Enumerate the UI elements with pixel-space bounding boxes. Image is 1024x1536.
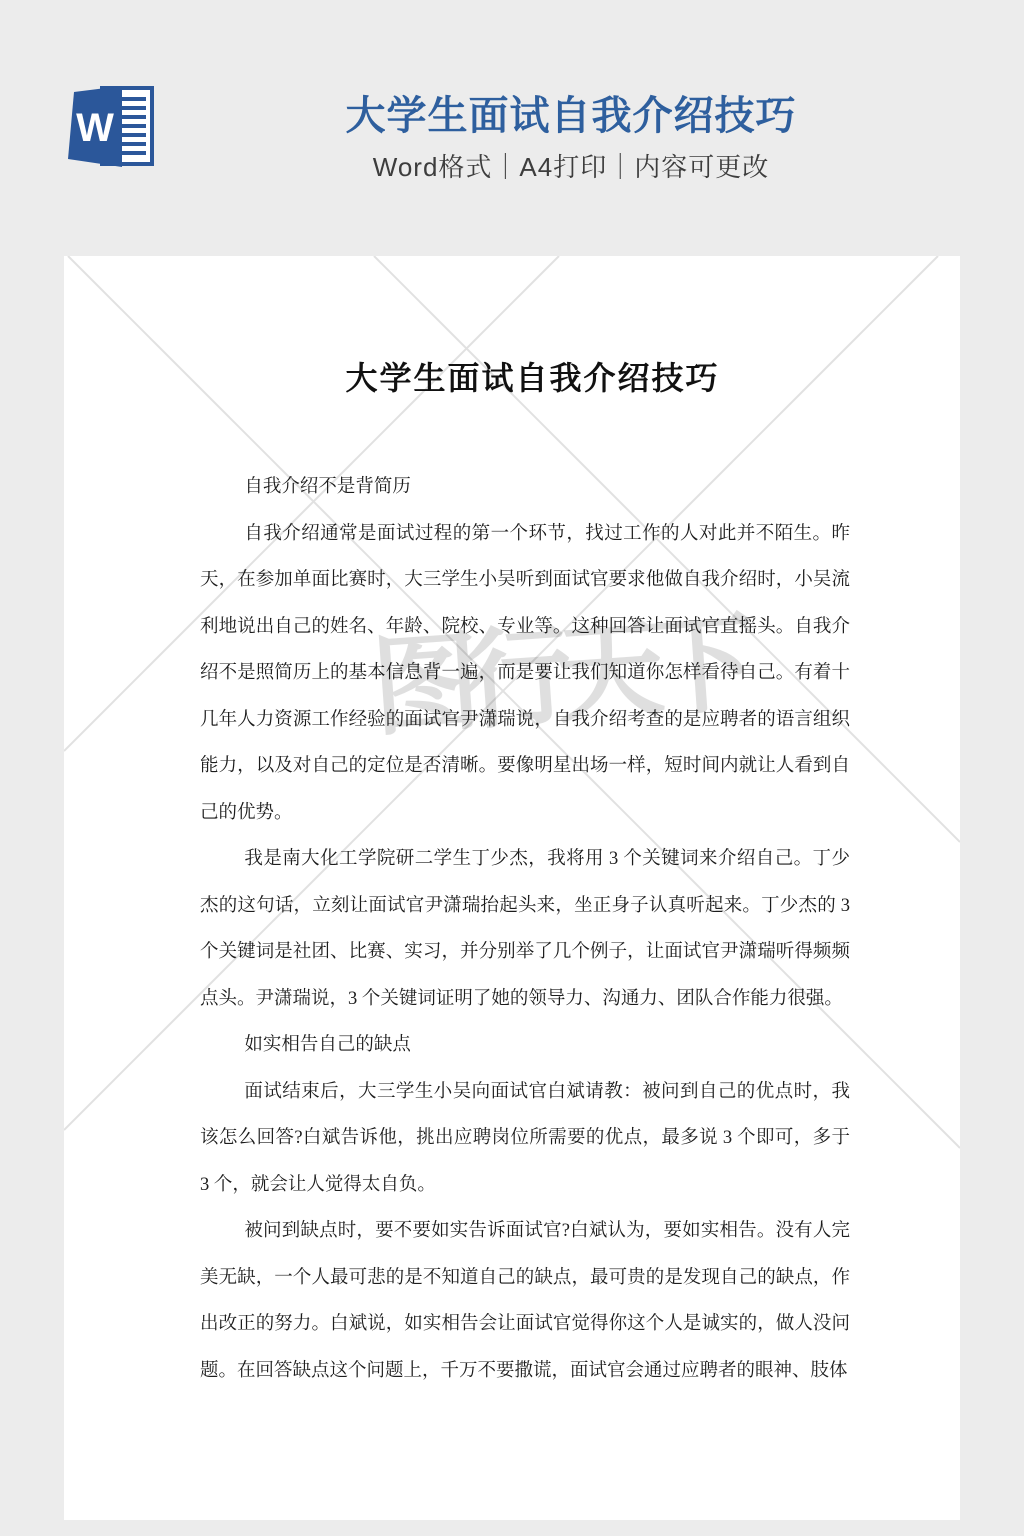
doc-subheading: 自我介绍不是背简历	[200, 464, 850, 511]
header-subtitle: Word格式｜A4打印｜内容可更改	[118, 150, 1024, 184]
header-text: 大学生面试自我介绍技巧 Word格式｜A4打印｜内容可更改	[0, 92, 1024, 184]
doc-paragraph: 自我介绍通常是面试过程的第一个环节，找过工作的人对此并不陌生。昨天，在参加单面比…	[200, 511, 850, 837]
document-body: 自我介绍不是背简历自我介绍通常是面试过程的第一个环节，找过工作的人对此并不陌生。…	[200, 464, 850, 1394]
doc-paragraph: 我是南大化工学院研二学生丁少杰，我将用 3 个关键词来介绍自己。丁少杰的这句话，…	[200, 836, 850, 1022]
doc-paragraph: 被问到缺点时，要不要如实告诉面试官?白斌认为，要如实相告。没有人完美无缺，一个人…	[200, 1208, 850, 1394]
header-title: 大学生面试自我介绍技巧	[118, 92, 1024, 140]
document-page: 图行天下 大学生面试自我介绍技巧 自我介绍不是背简历自我介绍通常是面试过程的第一…	[64, 256, 960, 1520]
header: W 大学生面试自我介绍技巧 Word格式｜A4打印｜内容可更改	[0, 0, 1024, 256]
document-title: 大学生面试自我介绍技巧	[200, 356, 865, 400]
doc-paragraph: 面试结束后，大三学生小吴向面试官白斌请教：被问到自己的优点时，我该怎么回答?白斌…	[200, 1069, 850, 1209]
doc-subheading: 如实相告自己的缺点	[200, 1022, 850, 1069]
document-content: 大学生面试自我介绍技巧 自我介绍不是背简历自我介绍通常是面试过程的第一个环节，找…	[64, 256, 960, 1394]
